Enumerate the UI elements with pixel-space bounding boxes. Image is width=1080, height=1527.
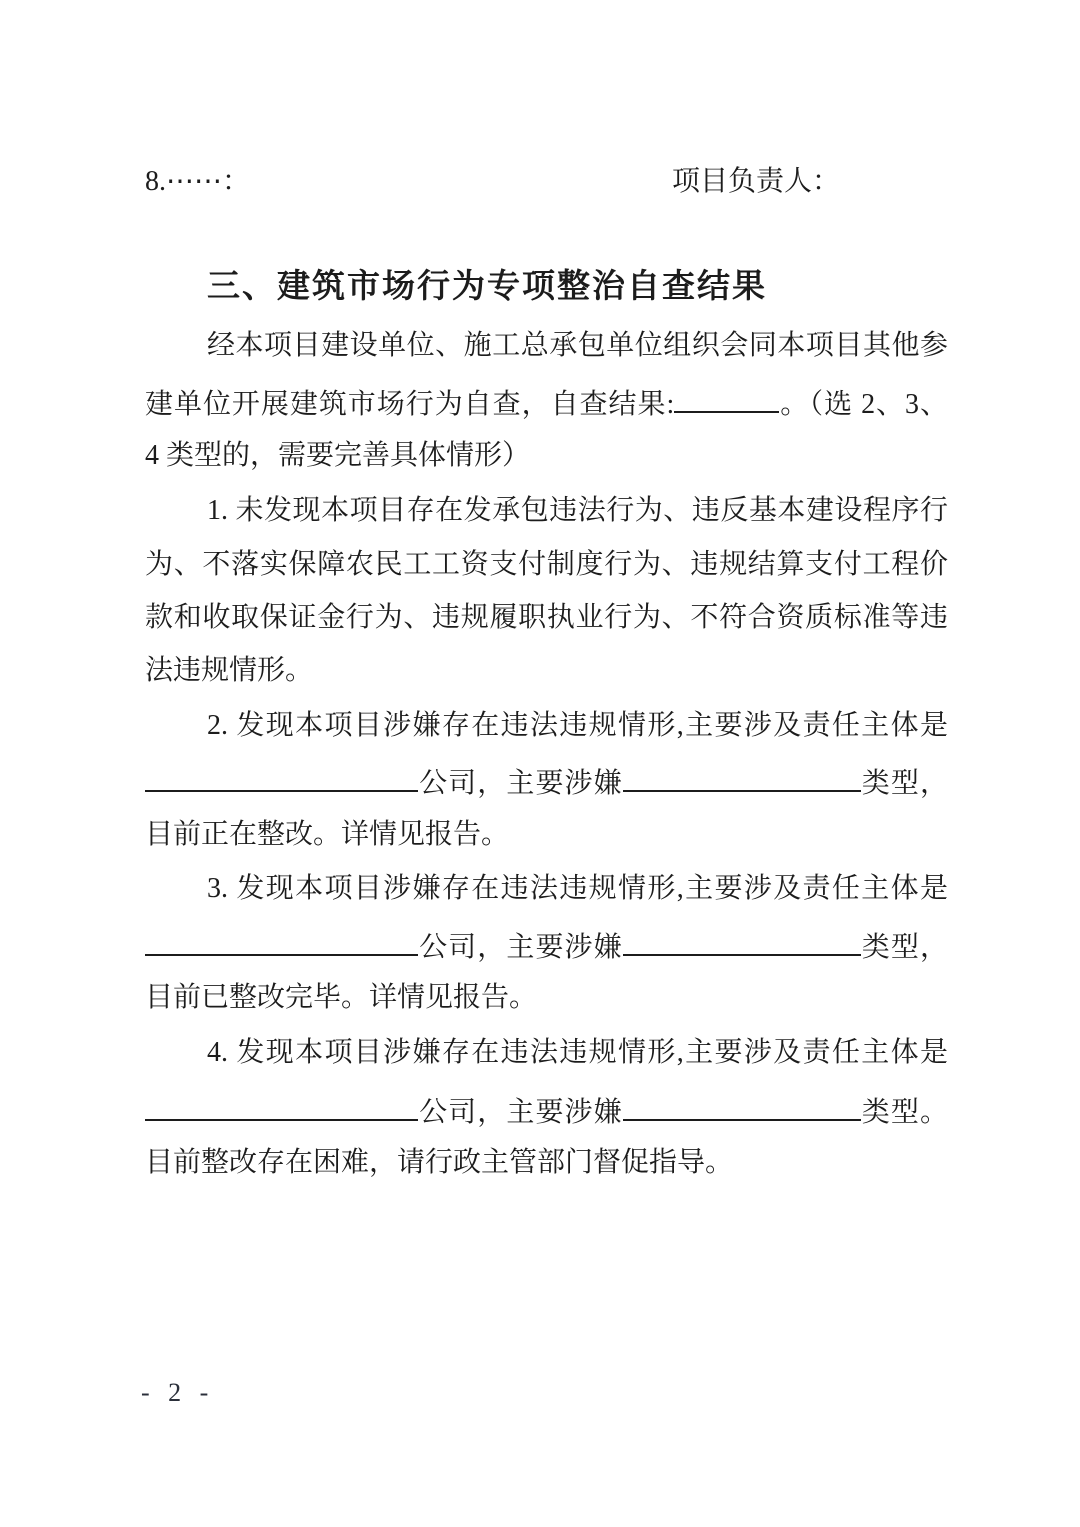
item3-company-blank <box>145 924 418 956</box>
section-heading: 三、建筑市场行为专项整治自查结果 <box>145 266 948 306</box>
header-row: 8.⋯⋯： 项目负责人： <box>145 162 948 202</box>
item2-type-blank <box>623 760 861 792</box>
item4-blank-end-text: 类型。 <box>861 1097 948 1128</box>
item4-blank-mid-text: 公司，主要涉嫌 <box>418 1097 623 1128</box>
intro-line-2: 建单位开展建筑市场行为自查，自查结果:。（选 2、3、 <box>145 381 948 425</box>
project-manager-label: 项目负责人： <box>672 162 840 202</box>
item1-line-1: 1. 未发现本项目存在发承包违法行为、违反基本建设程序行 <box>145 491 948 531</box>
intro-line-3: 4 类型的，需要完善具体情形） <box>145 436 948 476</box>
item2-company-blank <box>145 760 418 792</box>
item1-line-4: 法违规情形。 <box>145 651 948 691</box>
intro-line-1: 经本项目建设单位、施工总承包单位组织会同本项目其他参 <box>145 326 948 366</box>
item3-type-blank <box>623 924 861 956</box>
intro-line-2-tail: 。（选 2、3、 <box>779 389 948 420</box>
item3-line-1: 3. 发现本项目涉嫌存在违法违规情形,主要涉及责任主体是 <box>145 869 948 909</box>
item3-blank-end-text: 类型， <box>861 932 948 963</box>
item4-line-1: 4. 发现本项目涉嫌存在违法违规情形,主要涉及责任主体是 <box>145 1033 948 1073</box>
item-8-stub: 8.⋯⋯： <box>145 166 250 197</box>
item2-blank-end-text: 类型， <box>861 768 948 799</box>
item3-line-3: 目前已整改完毕。详情见报告。 <box>145 978 948 1018</box>
intro-line-2-text: 建单位开展建筑市场行为自查，自查结果: <box>145 389 674 420</box>
document-page: 8.⋯⋯： 项目负责人： 三、建筑市场行为专项整治自查结果 经本项目建设单位、施… <box>0 0 1080 1527</box>
self-check-result-blank <box>674 381 779 413</box>
item1-line-2: 为、不落实保障农民工工资支付制度行为、违规结算支付工程价 <box>145 545 948 585</box>
item4-blank-line: 公司，主要涉嫌类型。 <box>145 1089 948 1133</box>
item4-type-blank <box>623 1089 861 1121</box>
item2-line-1: 2. 发现本项目涉嫌存在违法违规情形,主要涉及责任主体是 <box>145 706 948 746</box>
item4-company-blank <box>145 1089 418 1121</box>
item3-blank-line: 公司，主要涉嫌类型， <box>145 924 948 968</box>
item1-line-3: 款和收取保证金行为、违规履职执业行为、不符合资质标准等违 <box>145 598 948 638</box>
item4-line-3: 目前整改存在困难，请行政主管部门督促指导。 <box>145 1143 948 1183</box>
item2-blank-mid-text: 公司，主要涉嫌 <box>418 768 623 799</box>
item3-blank-mid-text: 公司，主要涉嫌 <box>418 932 623 963</box>
item2-line-3: 目前正在整改。详情见报告。 <box>145 815 948 855</box>
page-number: - 2 - <box>141 1378 214 1408</box>
item2-blank-line: 公司，主要涉嫌类型， <box>145 760 948 804</box>
